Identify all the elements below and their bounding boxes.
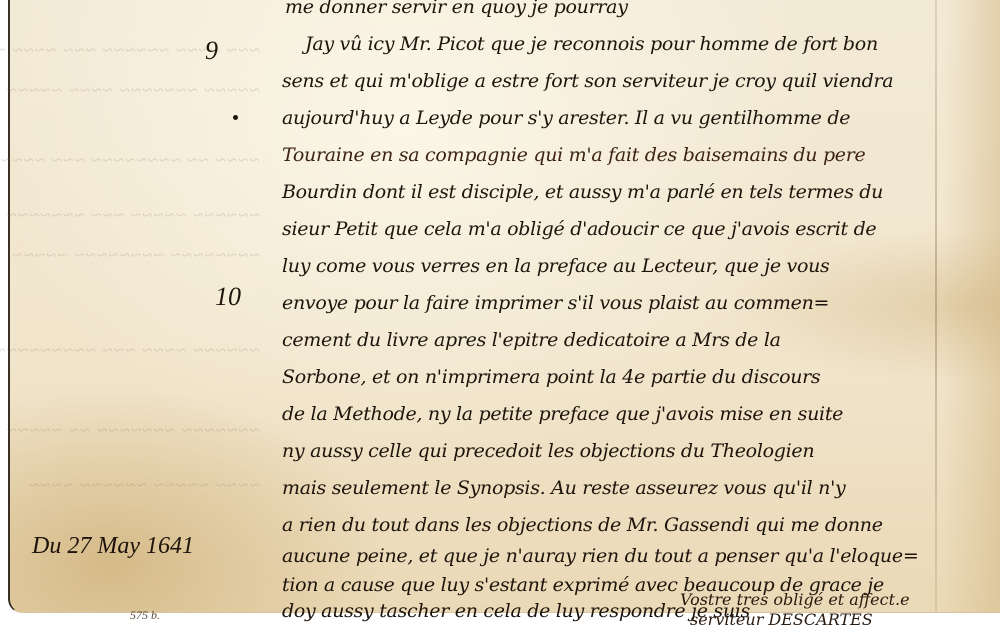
text-line: sens et qui m'oblige a estre fort son se… [282,70,893,92]
folio-number: 575 b. [130,608,160,623]
aged-paper-edge [942,0,1000,612]
signature-name: serviteur DESCARTES [690,610,873,629]
text-line: ny aussy celle qui precedoit les objecti… [282,440,814,462]
text-line: aujourd'huy a Leyde pour s'y arester. Il… [282,107,850,129]
text-line: aucune peine, et que je n'auray rien du … [282,545,918,567]
text-line: luy come vous verres en la preface au Le… [282,255,830,277]
text-line: Bourdin dont il est disciple, et aussy m… [282,181,883,203]
signature-closing: Vostre tres obligé et affect.e [680,590,910,609]
bleed-through-text: ~~~~ ~~ ~~~~~~~~ ~~~ ~~~~~~ [0,150,260,172]
margin-ink-dot [233,115,238,120]
margin-paragraph-number: 10 [215,282,241,312]
bleed-through-text: ~~~ ~~~~ ~~~~~~ ~~~ ~~~~ ~~~~~ ~~~~ [0,40,260,62]
bleed-through-text: ~~~~~~~ ~~~~~~~ ~~ ~~~~~ [6,420,260,442]
text-line: envoye pour la faire imprimer s'il vous … [282,292,829,314]
text-line: sieur Petit que cela m'a obligé d'adouci… [282,218,876,240]
margin-date-note: Du 27 May 1641 [32,533,194,560]
bleed-through-text: ~~~~~~ ~~~~~ ~~~ ~~~~~~~ ~~ [0,205,260,227]
bleed-through-text: ~~~~~~~~ ~~~~~~~~ ~~~~~ [12,245,260,267]
bleed-through-text: ~~~~~ ~~~~~~~ ~~~~ ~~~~~ ~~~ [0,80,260,102]
text-line: Touraine en sa compagnie qui m'a fait de… [282,144,865,166]
text-line: mais seulement le Synopsis. Au reste ass… [282,477,845,499]
text-line: de la Methode, ny la petite preface que … [282,403,843,425]
paper-fold-line [935,0,937,612]
text-line: me donner servir en quoy je pourray [285,0,628,18]
text-line: Jay vû icy Mr. Picot que je reconnois po… [305,33,878,55]
bleed-through-text: ~~~~ ~~~~~ ~~~~~~ ~~~~ [28,475,260,497]
margin-paragraph-number: 9 [205,36,218,66]
bleed-through-text: ~~~~~~ ~~~~ ~~~ ~~~~~~~~~ [0,340,260,362]
text-line: cement du livre apres l'epitre dedicatoi… [282,329,781,351]
text-line: Sorbone, et on n'imprimera point la 4e p… [282,366,820,388]
text-line: a rien du tout dans les objections de Mr… [282,514,883,536]
